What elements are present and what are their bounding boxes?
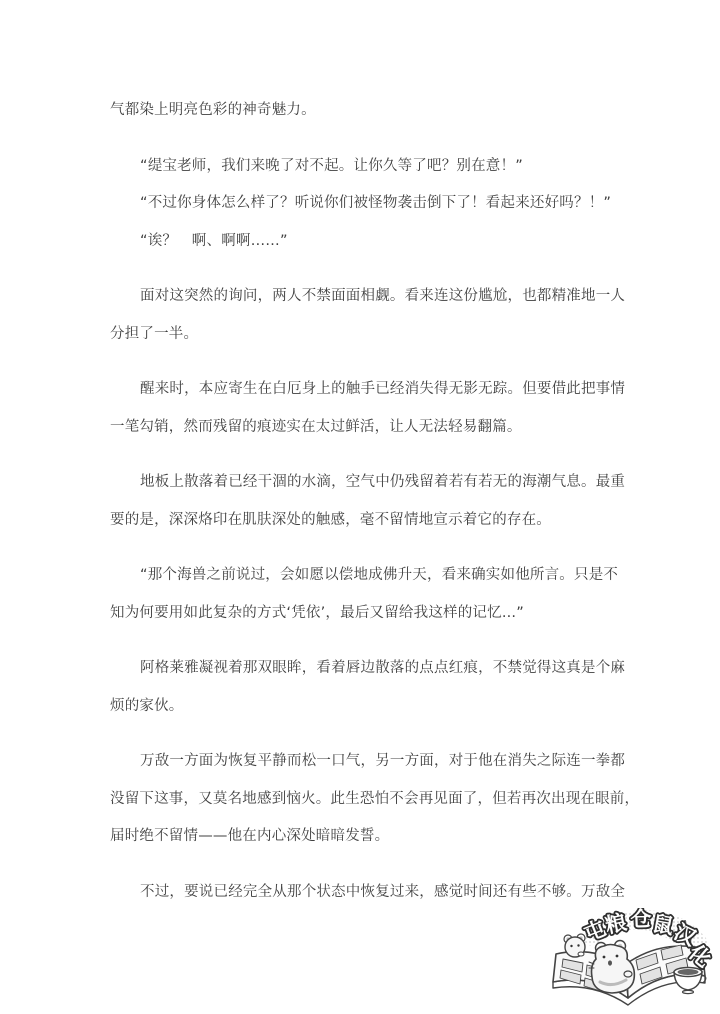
text-line: “缇宝老师，我们来晚了对不起。让你久等了吧？别在意！”	[110, 148, 616, 186]
paragraph: 万敌一方面为恢复平静而松一口气，另一方面，对于他在消失之际连一拳都没留下这事，又…	[110, 743, 616, 856]
text-line: 烦的家伙。	[110, 688, 616, 726]
text-line: “不过你身体怎么样了？听说你们被怪物袭击倒下了！看起来还好吗？！”	[110, 185, 616, 223]
paragraph: 醒来时，本应寄生在白厄身上的触手已经消失得无影无踪。但要借此把事情一笔勾销，然而…	[110, 371, 616, 446]
text-line: 知为何要用如此复杂的方式‘凭依’，最后又留给我这样的记忆...”	[110, 595, 616, 633]
text-line: 没留下这事，又莫名地感到恼火。此生恐怕不会再见面了，但若再次出现在眼前，	[110, 781, 616, 819]
text-line: 届时绝不留情——他在内心深处暗暗发誓。	[110, 818, 616, 856]
text-line: “诶？ 啊、啊啊……”	[110, 223, 616, 261]
paragraph: 气都染上明亮色彩的神奇魅力。	[110, 92, 616, 130]
paragraph: “缇宝老师，我们来晚了对不起。让你久等了吧？别在意！”“不过你身体怎么样了？听说…	[110, 148, 616, 261]
paragraph: 面对这突然的询问，两人不禁面面相觑。看来连这份尴尬，也都精准地一人分担了一半。	[110, 278, 616, 353]
watermark-char: 仓	[630, 908, 652, 931]
text-line: “那个海兽之前说过，会如愿以偿地成佛升天，看来确实如他所言。只是不	[110, 557, 616, 595]
text-line: 不过，要说已经完全从那个状态中恢复过来，感觉时间还有些不够。万敌全	[110, 874, 616, 912]
text-line: 阿格莱雅凝视着那双眼眸，看着唇边散落的点点红痕，不禁觉得这真是个麻	[110, 650, 616, 688]
watermark: 屯 粮 仓 鼠 汉 化 屯 粮 仓 鼠 汉 化	[548, 908, 720, 1014]
text-line: 分担了一半。	[110, 316, 616, 354]
watermark-teacup-icon	[674, 968, 706, 994]
paragraph: 不过，要说已经完全从那个状态中恢复过来，感觉时间还有些不够。万敌全	[110, 874, 616, 912]
text-line: 地板上散落着已经干涸的水滴，空气中仍残留着若有若无的海潮气息。最重	[110, 464, 616, 502]
watermark-small-hamster-icon	[564, 934, 585, 957]
page: 气都染上明亮色彩的神奇魅力。“缇宝老师，我们来晚了对不起。让你久等了吧？别在意！…	[0, 0, 720, 1014]
text-block: 气都染上明亮色彩的神奇魅力。“缇宝老师，我们来晚了对不起。让你久等了吧？别在意！…	[110, 92, 616, 929]
watermark-hamster-icon	[589, 941, 634, 994]
paragraph: 阿格莱雅凝视着那双眼眸，看着唇边散落的点点红痕，不禁觉得这真是个麻烦的家伙。	[110, 650, 616, 725]
paragraph: “那个海兽之前说过，会如愿以偿地成佛升天，看来确实如他所言。只是不知为何要用如此…	[110, 557, 616, 632]
paragraph: 地板上散落着已经干涸的水滴，空气中仍残留着若有若无的海潮气息。最重要的是，深深烙…	[110, 464, 616, 539]
text-line: 醒来时，本应寄生在白厄身上的触手已经消失得无影无踪。但要借此把事情	[110, 371, 616, 409]
text-line: 一笔勾销，然而残留的痕迹实在太过鲜活，让人无法轻易翻篇。	[110, 409, 616, 447]
text-line: 面对这突然的询问，两人不禁面面相觑。看来连这份尴尬，也都精准地一人	[110, 278, 616, 316]
text-line: 万敌一方面为恢复平静而松一口气，另一方面，对于他在消失之际连一拳都	[110, 743, 616, 781]
text-line: 要的是，深深烙印在肌肤深处的触感，毫不留情地宣示着它的存在。	[110, 502, 616, 540]
text-line: 气都染上明亮色彩的神奇魅力。	[110, 92, 616, 130]
watermark-char: 鼠	[651, 911, 676, 938]
